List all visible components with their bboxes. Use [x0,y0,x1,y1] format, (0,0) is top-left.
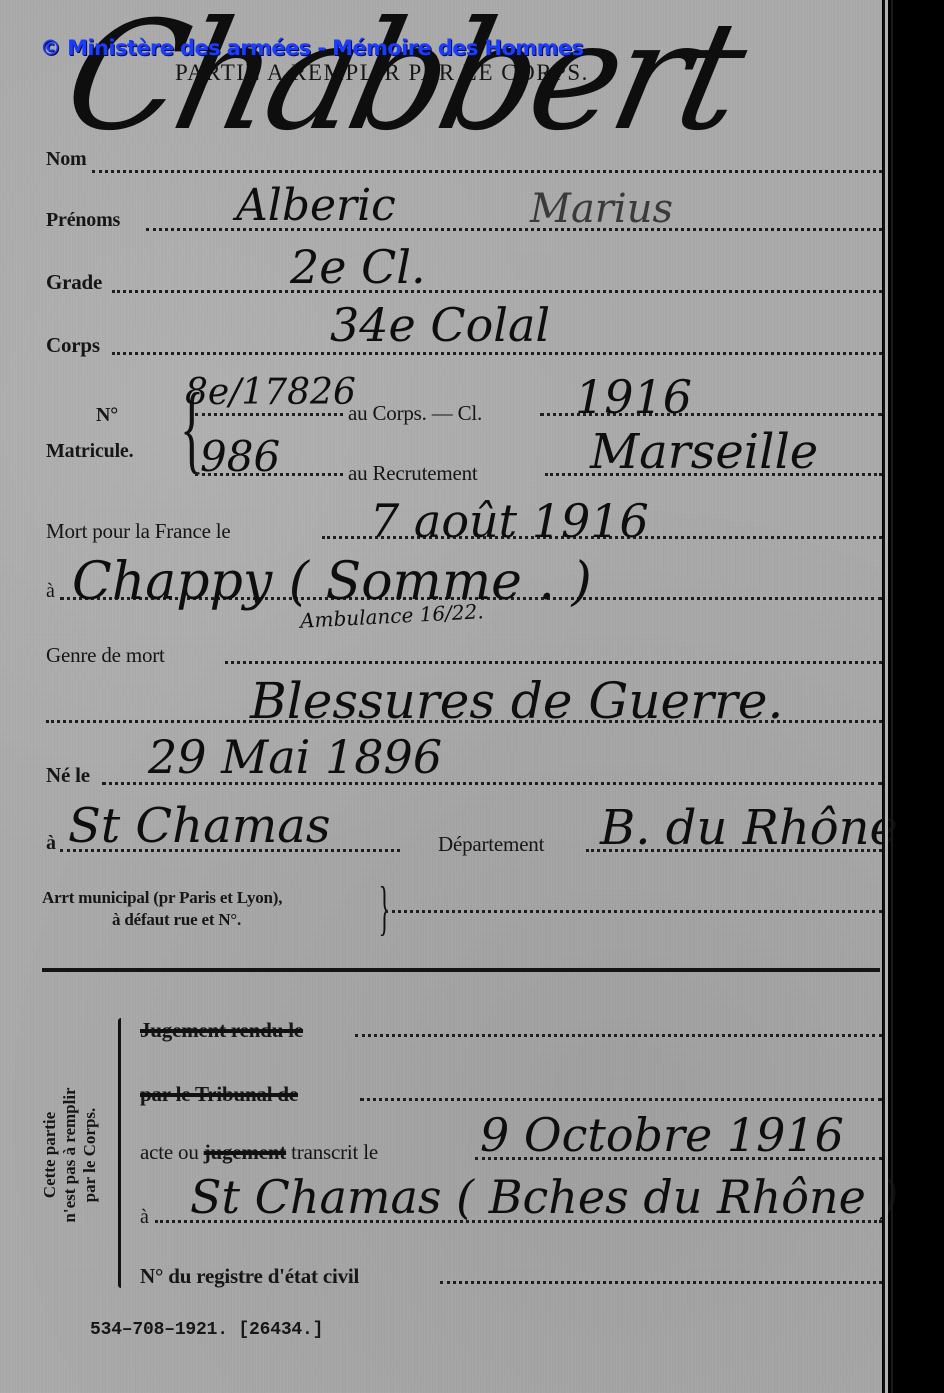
mort-a-label: à [46,580,55,603]
grade-label: Grade [46,270,102,295]
acte-label: acte ou jugement transcrit le [140,1140,378,1165]
matricule-corps-line [195,413,343,416]
prenoms-value: Alberic [236,180,396,231]
copyright-watermark: © Ministère des armées - Mémoire des Hom… [40,36,583,60]
tribunal-line [360,1098,882,1101]
acte-a-value: St Chamas ( Bches du Rhône ) [190,1170,898,1224]
print-reference: 534–708–1921. [26434.] [90,1320,323,1340]
acte-a-label: à [140,1206,149,1229]
arrondissement-label-2: à défaut rue et N°. [112,910,241,930]
section-divider [42,968,880,972]
jugement-line [355,1034,882,1037]
departement-label: Département [438,832,544,857]
arrondissement-line [385,910,882,913]
side-note-line-2: n'est pas à remplir [60,1040,80,1270]
card-edge [883,0,888,1393]
corps-value: 34e Colal [330,298,550,352]
grade-line [112,290,882,293]
acte-label-struck: jugement [204,1140,286,1164]
mort-le-value: 7 août 1916 [370,494,649,548]
acte-value: 9 Octobre 1916 [480,1108,844,1162]
registre-line [440,1281,882,1284]
registre-label: N° du registre d'état civil [140,1264,359,1289]
ne-a-value: St Chamas [68,798,330,854]
genre-mort-value: Blessures de Guerre. [250,672,783,730]
side-note-line-3: par le Corps. [80,1040,100,1270]
genre-mort-label: Genre de mort [46,643,165,668]
ne-le-value: 29 Mai 1896 [148,730,442,784]
corps-line [112,352,882,355]
departement-value: B. du Rhône [600,800,898,856]
side-note-line-1: Cette partie [40,1040,60,1270]
nom-line [92,170,882,173]
recrutement-no-value: 986 [200,432,280,481]
ne-le-label: Né le [46,763,90,788]
matricule-no-label: N° [96,404,118,427]
au-corps-label: au Corps. — Cl. [348,401,482,426]
matricule-corps-value: 8e/17826 [185,372,356,413]
prenoms-value-2: Marius [530,186,673,232]
lower-brace [118,1018,121,1288]
mort-a-value: Chappy ( Somme . ) [72,552,592,612]
card-edge-line [891,0,893,1393]
nom-value: Chabbert [52,0,755,164]
au-recrutement-label: au Recrutement [348,461,478,486]
genre-mort-line [225,661,882,664]
jugement-label: Jugement rendu le [140,1018,303,1043]
tribunal-label: par le Tribunal de [140,1082,298,1107]
matricule-label: Matricule. [46,440,133,463]
arrondissement-label-1: Arrt municipal (pr Paris et Lyon), [42,888,282,908]
arrondissement-brace: } [379,878,391,938]
death-record-card: PARTIE A REMPLIR PAR LE CORPS. Nom Chabb… [0,0,882,1393]
recrutement-value: Marseille [590,424,818,480]
side-note: Cette partie n'est pas à remplir par le … [40,1040,100,1270]
grade-value: 2e Cl. [290,240,426,294]
corps-label: Corps [46,333,100,358]
ne-a-label: à [46,832,56,855]
acte-label-a: acte ou [140,1140,199,1164]
prenoms-label: Prénoms [46,209,120,232]
acte-label-b: transcrit le [291,1140,378,1164]
mort-le-label: Mort pour la France le [46,519,231,544]
classe-value: 1916 [575,370,692,424]
